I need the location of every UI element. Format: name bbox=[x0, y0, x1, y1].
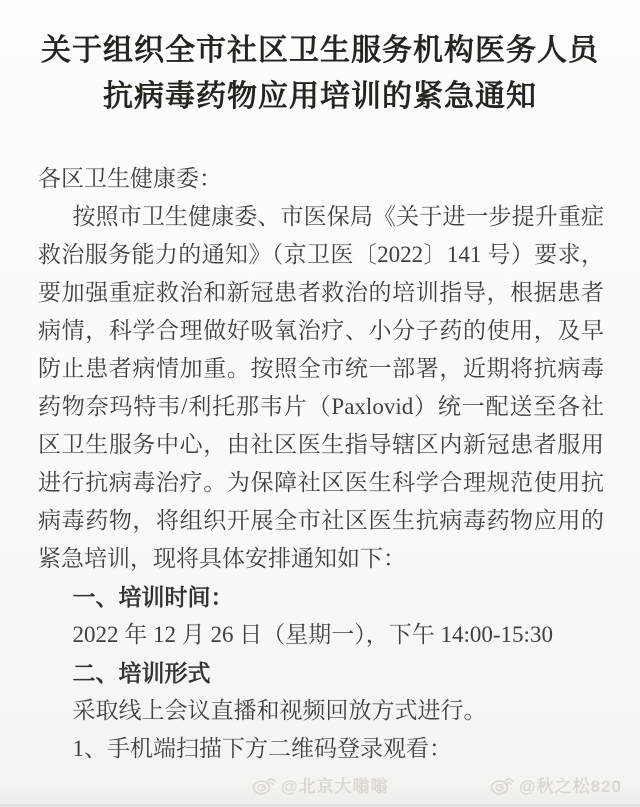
notice-body: 各区卫生健康委： 按照市卫生健康委、市医保局《关于进一步提升重症救治服务能力的通… bbox=[38, 160, 604, 768]
weibo-icon bbox=[490, 775, 514, 795]
section1-heading: 一、培训时间： bbox=[38, 578, 604, 616]
qr-instruction: 1、手机端扫描下方二维码登录观看： bbox=[38, 730, 604, 768]
notice-title: 关于组织全市社区卫生服务机构医务人员 抗病毒药物应用培训的紧急通知 bbox=[0, 0, 640, 120]
weibo-icon bbox=[252, 775, 276, 795]
intro-paragraph: 按照市卫生健康委、市医保局《关于进一步提升重症救治服务能力的通知》（京卫医〔20… bbox=[38, 198, 604, 578]
section2-heading: 二、培训形式 bbox=[38, 654, 604, 692]
watermark-right-text: @秋之松820 bbox=[519, 772, 622, 797]
watermark-left-text: @北京大嗡嗡 bbox=[281, 772, 389, 797]
notice-document-photo: 关于组织全市社区卫生服务机构医务人员 抗病毒药物应用培训的紧急通知 各区卫生健康… bbox=[0, 0, 640, 807]
salutation: 各区卫生健康委： bbox=[38, 160, 604, 198]
watermark-right: @秋之松820 bbox=[490, 772, 622, 797]
watermark-left: @北京大嗡嗡 bbox=[252, 772, 389, 797]
section2-body: 采取线上会议直播和视频回放方式进行。 bbox=[38, 692, 604, 730]
notice-title-line2: 抗病毒药物应用培训的紧急通知 bbox=[0, 74, 640, 120]
section1-time: 2022 年 12 月 26 日（星期一），下午 14:00-15:30 bbox=[38, 616, 604, 654]
notice-title-line1: 关于组织全市社区卫生服务机构医务人员 bbox=[0, 28, 640, 74]
